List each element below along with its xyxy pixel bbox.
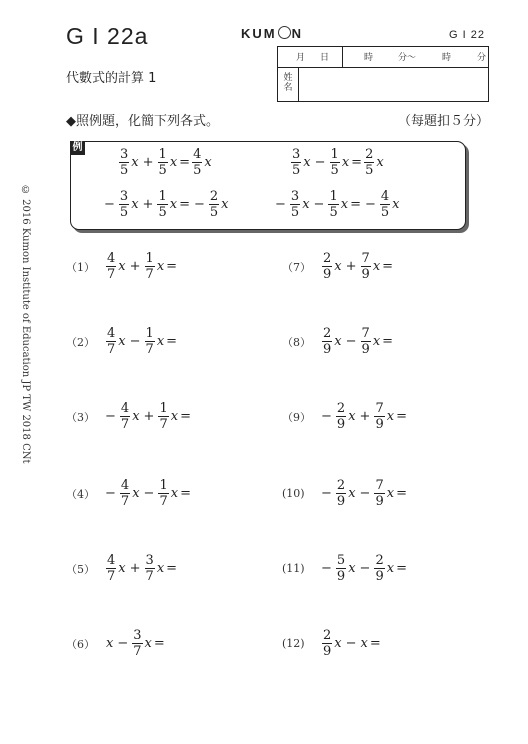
variable-x: x: [373, 334, 380, 349]
variable-x: x: [341, 197, 348, 212]
denominator: 5: [330, 162, 340, 177]
numerator: 1: [158, 148, 168, 162]
answer-area[interactable]: [192, 404, 272, 430]
fraction: 79: [374, 479, 384, 508]
operator: −: [365, 197, 376, 212]
variable-x: x: [361, 636, 368, 651]
fraction: 47: [120, 402, 130, 431]
denominator: 5: [364, 162, 374, 177]
fraction: 47: [106, 252, 116, 281]
operator: +: [130, 259, 141, 274]
denominator: 9: [374, 493, 384, 508]
kumon-logo: KUMN: [241, 26, 303, 41]
problem-11: (11)−59x−29x=: [282, 554, 488, 583]
problem-number: （6）: [66, 636, 96, 652]
variable-x: x: [387, 486, 394, 501]
month-label: 月: [296, 50, 305, 63]
example-equation: 35x+15x=45x: [118, 148, 213, 177]
problem-number: (12): [282, 637, 312, 650]
operator: −: [321, 486, 332, 501]
problem-2: （2）47x−17x=: [66, 327, 258, 356]
logo-o-icon: [278, 26, 291, 39]
equals-sign: =: [351, 155, 362, 170]
example-equation: −35x+15x=−25x: [104, 190, 230, 219]
variable-x: x: [387, 409, 394, 424]
numerator: 7: [361, 252, 371, 266]
numerator: 4: [106, 554, 116, 568]
numerator: 2: [322, 252, 332, 266]
student-info-table: 月 日 時 分～ 時 分 姓名: [277, 46, 489, 102]
equals-sign: =: [166, 259, 177, 274]
example-badge: 例: [70, 141, 85, 155]
fraction: 29: [336, 479, 346, 508]
fraction: 35: [119, 190, 129, 219]
variable-x: x: [348, 561, 355, 576]
denominator: 9: [336, 493, 346, 508]
problem-4: （4）−47x−17x=: [66, 479, 272, 508]
answer-area[interactable]: [408, 556, 488, 582]
denominator: 5: [192, 162, 202, 177]
problem-number: （8）: [282, 334, 312, 350]
operator: +: [130, 561, 141, 576]
numerator: 2: [374, 554, 384, 568]
date-time-row: 月 日 時 分～ 時 分: [278, 47, 488, 68]
fraction: 15: [158, 148, 168, 177]
numerator: 4: [120, 402, 130, 416]
fraction: 37: [145, 554, 155, 583]
operator: +: [360, 409, 371, 424]
fraction: 29: [322, 327, 332, 356]
problem-number: （4）: [66, 486, 96, 502]
denominator: 5: [119, 162, 129, 177]
problem-7: （7）29x+79x=: [282, 252, 474, 281]
operator: −: [105, 486, 116, 501]
problem-number: （1）: [66, 259, 96, 275]
example-equation: −35x−15x=−45x: [275, 190, 401, 219]
equals-sign: =: [396, 561, 407, 576]
variable-x: x: [157, 561, 164, 576]
name-label: 姓名: [278, 67, 299, 101]
variable-x: x: [118, 561, 125, 576]
denominator: 7: [106, 341, 116, 356]
equals-sign: =: [370, 636, 381, 651]
variable-x: x: [334, 334, 341, 349]
numerator: 2: [322, 327, 332, 341]
equals-sign: =: [154, 636, 165, 651]
numerator: 2: [322, 629, 332, 643]
numerator: 7: [374, 479, 384, 493]
date-cell[interactable]: 月 日: [278, 47, 343, 67]
copyright-notice: © 2016 Kumon Institute of Education JP T…: [20, 185, 31, 464]
numerator: 4: [380, 190, 390, 204]
denominator: 7: [158, 416, 168, 431]
fraction: 79: [361, 252, 371, 281]
logo-text-left: KUM: [241, 26, 277, 41]
name-field[interactable]: [300, 68, 488, 101]
problem-5: （5）47x+37x=: [66, 554, 258, 583]
problem-number: （5）: [66, 561, 96, 577]
numerator: 1: [157, 190, 167, 204]
numerator: 4: [106, 327, 116, 341]
fraction: 37: [132, 629, 142, 658]
operator: −: [117, 636, 128, 651]
denominator: 5: [380, 204, 390, 219]
fraction: 47: [120, 479, 130, 508]
denominator: 9: [361, 341, 371, 356]
variable-x: x: [106, 636, 113, 651]
example-equation: 35x−15x=25x: [290, 148, 385, 177]
operator: +: [143, 197, 154, 212]
variable-x: x: [132, 486, 139, 501]
fraction: 15: [328, 190, 338, 219]
operator: −: [194, 197, 205, 212]
operator: −: [314, 197, 325, 212]
variable-x: x: [387, 561, 394, 576]
answer-area[interactable]: [178, 254, 258, 280]
level-code: G I 22a: [66, 23, 148, 50]
end-hour-label: 時: [442, 50, 451, 63]
variable-x: x: [334, 636, 341, 651]
numerator: 4: [120, 479, 130, 493]
start-minute-label: 分～: [398, 50, 416, 63]
operator: −: [130, 334, 141, 349]
denominator: 9: [336, 568, 346, 583]
equals-sign: =: [382, 334, 393, 349]
answer-area[interactable]: [394, 254, 474, 280]
numerator: 4: [106, 252, 116, 266]
operator: +: [143, 155, 154, 170]
denominator: 9: [322, 266, 332, 281]
problem-1: （1）47x+17x=: [66, 252, 258, 281]
numerator: 1: [328, 190, 338, 204]
fraction: 29: [374, 554, 384, 583]
variable-x: x: [373, 259, 380, 274]
numerator: 5: [336, 554, 346, 568]
fraction: 35: [291, 148, 301, 177]
end-minute-label: 分: [477, 50, 486, 63]
numerator: 3: [145, 554, 155, 568]
variable-x: x: [303, 155, 310, 170]
denominator: 5: [119, 204, 129, 219]
answer-area[interactable]: [408, 404, 488, 430]
problem-number: （9）: [282, 409, 312, 425]
operator: +: [346, 259, 357, 274]
operator: −: [105, 409, 116, 424]
numerator: 1: [145, 327, 155, 341]
variable-x: x: [171, 486, 178, 501]
numerator: 3: [132, 629, 142, 643]
problem-9: （9）−29x+79x=: [282, 402, 488, 431]
fraction: 35: [290, 190, 300, 219]
variable-x: x: [221, 197, 228, 212]
answer-area[interactable]: [166, 631, 246, 657]
page-code: G I 22: [449, 29, 485, 41]
numerator: 3: [119, 148, 129, 162]
variable-x: x: [157, 259, 164, 274]
operator: −: [321, 561, 332, 576]
problem-12: (12)29x−x=: [282, 629, 462, 658]
operator: +: [144, 409, 155, 424]
numerator: 3: [291, 148, 301, 162]
denominator: 5: [157, 204, 167, 219]
answer-area[interactable]: [394, 329, 474, 355]
fraction: 17: [145, 252, 155, 281]
numerator: 1: [145, 252, 155, 266]
answer-area[interactable]: [178, 329, 258, 355]
fraction: 47: [106, 554, 116, 583]
fraction: 17: [145, 327, 155, 356]
worksheet-title: 代數式的計算 1: [66, 67, 156, 86]
numerator: 2: [364, 148, 374, 162]
numerator: 1: [158, 479, 168, 493]
denominator: 9: [361, 266, 371, 281]
numerator: 1: [330, 148, 340, 162]
operator: −: [315, 155, 326, 170]
equals-sign: =: [396, 409, 407, 424]
operator: −: [104, 197, 115, 212]
denominator: 9: [374, 568, 384, 583]
fraction: 79: [374, 402, 384, 431]
operator: −: [360, 561, 371, 576]
variable-x: x: [131, 155, 138, 170]
points-note: （每題扣５分）: [398, 110, 489, 129]
denominator: 9: [336, 416, 346, 431]
denominator: 7: [132, 643, 142, 658]
variable-x: x: [131, 197, 138, 212]
instructions: ◆照例題，化簡下列各式。: [66, 110, 219, 129]
fraction: 25: [364, 148, 374, 177]
equals-sign: =: [180, 486, 191, 501]
equals-sign: =: [396, 486, 407, 501]
problem-number: （3）: [66, 409, 96, 425]
problem-number: （7）: [282, 259, 312, 275]
denominator: 9: [374, 416, 384, 431]
denominator: 7: [106, 266, 116, 281]
answer-area[interactable]: [408, 481, 488, 507]
equals-sign: =: [166, 334, 177, 349]
operator: −: [346, 334, 357, 349]
variable-x: x: [204, 155, 211, 170]
fraction: 29: [322, 629, 332, 658]
denominator: 7: [120, 416, 130, 431]
fraction: 79: [361, 327, 371, 356]
denominator: 5: [209, 204, 219, 219]
equals-sign: =: [179, 155, 190, 170]
equals-sign: =: [166, 561, 177, 576]
denominator: 7: [106, 568, 116, 583]
operator: −: [144, 486, 155, 501]
variable-x: x: [132, 409, 139, 424]
variable-x: x: [334, 259, 341, 274]
numerator: 1: [158, 402, 168, 416]
answer-area[interactable]: [382, 631, 462, 657]
fraction: 25: [209, 190, 219, 219]
denominator: 7: [145, 568, 155, 583]
denominator: 9: [322, 341, 332, 356]
fraction: 15: [157, 190, 167, 219]
fraction: 47: [106, 327, 116, 356]
variable-x: x: [118, 259, 125, 274]
denominator: 7: [145, 341, 155, 356]
problem-8: （8）29x−79x=: [282, 327, 474, 356]
logo-text-right: N: [292, 26, 303, 41]
variable-x: x: [157, 334, 164, 349]
operator: −: [275, 197, 286, 212]
problem-3: （3）−47x+17x=: [66, 402, 272, 431]
fraction: 59: [336, 554, 346, 583]
numerator: 3: [119, 190, 129, 204]
operator: −: [346, 636, 357, 651]
numerator: 7: [374, 402, 384, 416]
variable-x: x: [171, 409, 178, 424]
day-label: 日: [320, 50, 329, 63]
denominator: 7: [120, 493, 130, 508]
variable-x: x: [342, 155, 349, 170]
variable-x: x: [376, 155, 383, 170]
denominator: 5: [291, 162, 301, 177]
problem-10: (10)−29x−79x=: [282, 479, 488, 508]
fraction: 29: [322, 252, 332, 281]
start-hour-label: 時: [364, 50, 373, 63]
equals-sign: =: [180, 409, 191, 424]
variable-x: x: [348, 409, 355, 424]
answer-area[interactable]: [192, 481, 272, 507]
problem-6: （6）x−37x=: [66, 629, 246, 658]
variable-x: x: [170, 155, 177, 170]
variable-x: x: [302, 197, 309, 212]
equals-sign: =: [179, 197, 190, 212]
fraction: 29: [336, 402, 346, 431]
fraction: 15: [330, 148, 340, 177]
denominator: 5: [328, 204, 338, 219]
equals-sign: =: [382, 259, 393, 274]
name-label-text: 姓名: [284, 73, 293, 93]
variable-x: x: [170, 197, 177, 212]
denominator: 5: [158, 162, 168, 177]
numerator: 7: [361, 327, 371, 341]
problem-number: （2）: [66, 334, 96, 350]
equals-sign: =: [350, 197, 361, 212]
fraction: 45: [380, 190, 390, 219]
denominator: 9: [322, 643, 332, 658]
numerator: 2: [209, 190, 219, 204]
variable-x: x: [118, 334, 125, 349]
numerator: 2: [336, 402, 346, 416]
answer-area[interactable]: [178, 556, 258, 582]
problem-number: (11): [282, 562, 312, 575]
fraction: 17: [158, 479, 168, 508]
denominator: 7: [158, 493, 168, 508]
variable-x: x: [145, 636, 152, 651]
denominator: 5: [290, 204, 300, 219]
variable-x: x: [348, 486, 355, 501]
problem-number: (10): [282, 487, 312, 500]
fraction: 45: [192, 148, 202, 177]
numerator: 3: [290, 190, 300, 204]
fraction: 35: [119, 148, 129, 177]
operator: −: [321, 409, 332, 424]
operator: −: [360, 486, 371, 501]
numerator: 4: [192, 148, 202, 162]
fraction: 17: [158, 402, 168, 431]
variable-x: x: [392, 197, 399, 212]
denominator: 7: [145, 266, 155, 281]
numerator: 2: [336, 479, 346, 493]
